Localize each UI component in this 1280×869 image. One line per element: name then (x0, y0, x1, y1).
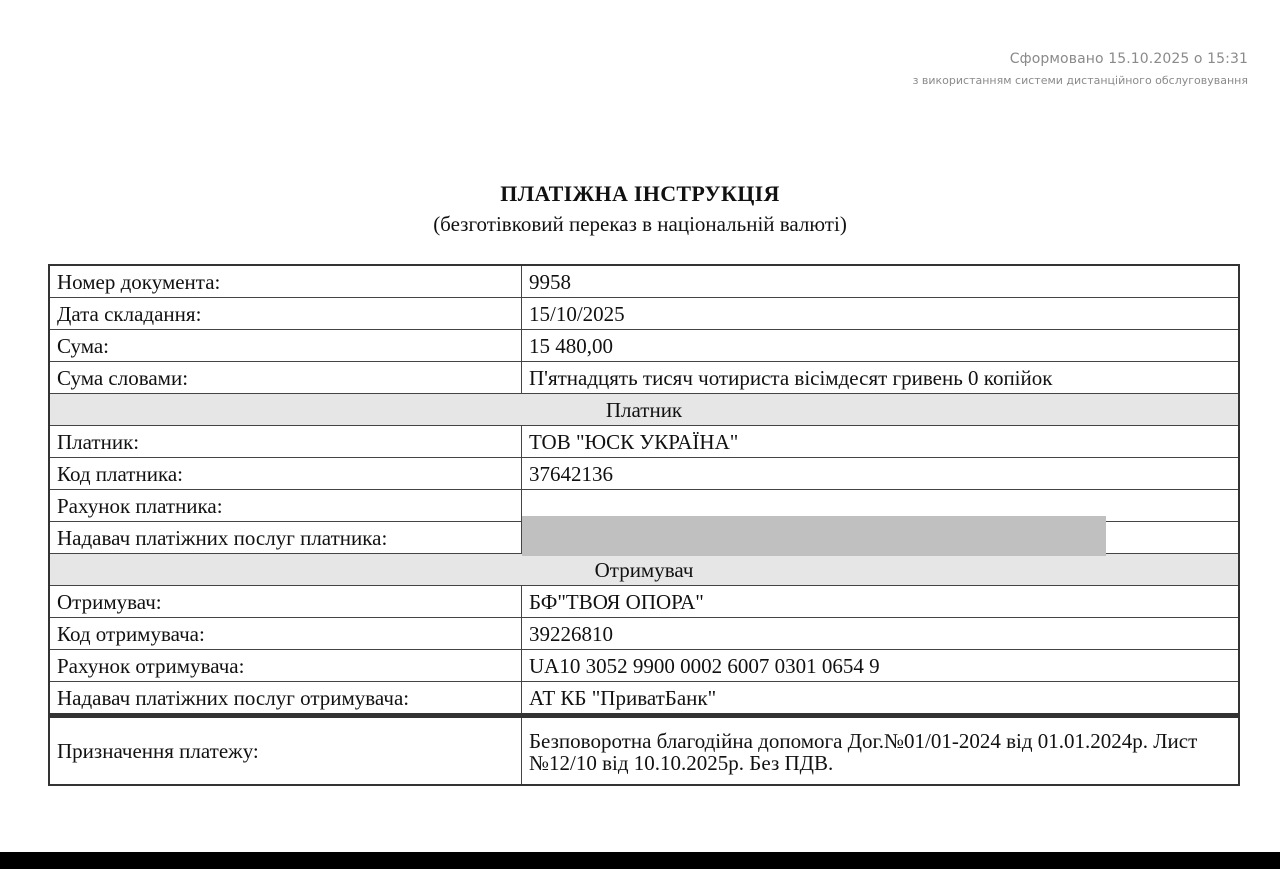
table-row: Сума словами: П'ятнадцять тисяч чотирист… (49, 362, 1239, 394)
document-heading: ПЛАТІЖНА ІНСТРУКЦІЯ (безготівковий перек… (0, 180, 1280, 238)
table-row: Надавач платіжних послуг отримувача: АТ … (49, 682, 1239, 716)
table-row: Рахунок отримувача: UA10 3052 9900 0002 … (49, 650, 1239, 682)
purpose-value: Безповоротна благодійна допомога Дог.№01… (522, 716, 1240, 786)
table-row: Код отримувача: 39226810 (49, 618, 1239, 650)
payer-account-label: Рахунок платника: (49, 490, 522, 522)
table-row: Дата складання: 15/10/2025 (49, 298, 1239, 330)
recipient-name-value: БФ"ТВОЯ ОПОРА" (522, 586, 1240, 618)
recipient-section-header: Отримувач (49, 554, 1239, 586)
payer-section-title: Платник (49, 394, 1239, 426)
date-label: Дата складання: (49, 298, 522, 330)
date-value: 15/10/2025 (522, 298, 1240, 330)
payer-bank-label: Надавач платіжних послуг платника: (49, 522, 522, 554)
amount-words-value: П'ятнадцять тисяч чотириста вісімдесят г… (522, 362, 1240, 394)
recipient-account-value: UA10 3052 9900 0002 6007 0301 0654 9 (522, 650, 1240, 682)
doc-number-label: Номер документа: (49, 265, 522, 298)
payer-code-label: Код платника: (49, 458, 522, 490)
purpose-label: Призначення платежу: (49, 716, 522, 786)
table-row: Отримувач: БФ"ТВОЯ ОПОРА" (49, 586, 1239, 618)
table-row: Призначення платежу: Безповоротна благод… (49, 716, 1239, 786)
document-subtitle: (безготівковий переказ в національній ва… (0, 210, 1280, 238)
payer-section-header: Платник (49, 394, 1239, 426)
payer-name-label: Платник: (49, 426, 522, 458)
payer-code-value: 37642136 (522, 458, 1240, 490)
recipient-bank-value: АТ КБ "ПриватБанк" (522, 682, 1240, 716)
system-note: з використанням системи дистанційного об… (913, 72, 1248, 90)
table-row: Код платника: 37642136 (49, 458, 1239, 490)
recipient-bank-label: Надавач платіжних послуг отримувача: (49, 682, 522, 716)
table-row: Сума: 15 480,00 (49, 330, 1239, 362)
recipient-code-label: Код отримувача: (49, 618, 522, 650)
redaction-block (522, 516, 1106, 556)
payer-name-value: ТОВ "ЮСК УКРАЇНА" (522, 426, 1240, 458)
generation-info: Сформовано 15.10.2025 о 15:31 з використ… (913, 49, 1248, 90)
document-title: ПЛАТІЖНА ІНСТРУКЦІЯ (0, 180, 1280, 208)
recipient-code-value: 39226810 (522, 618, 1240, 650)
recipient-name-label: Отримувач: (49, 586, 522, 618)
generated-timestamp: Сформовано 15.10.2025 о 15:31 (913, 49, 1248, 69)
amount-words-label: Сума словами: (49, 362, 522, 394)
recipient-section-title: Отримувач (49, 554, 1239, 586)
recipient-account-label: Рахунок отримувача: (49, 650, 522, 682)
doc-number-value: 9958 (522, 265, 1240, 298)
amount-value: 15 480,00 (522, 330, 1240, 362)
bottom-edge-bar (0, 852, 1280, 869)
amount-label: Сума: (49, 330, 522, 362)
table-row: Платник: ТОВ "ЮСК УКРАЇНА" (49, 426, 1239, 458)
table-row: Номер документа: 9958 (49, 265, 1239, 298)
